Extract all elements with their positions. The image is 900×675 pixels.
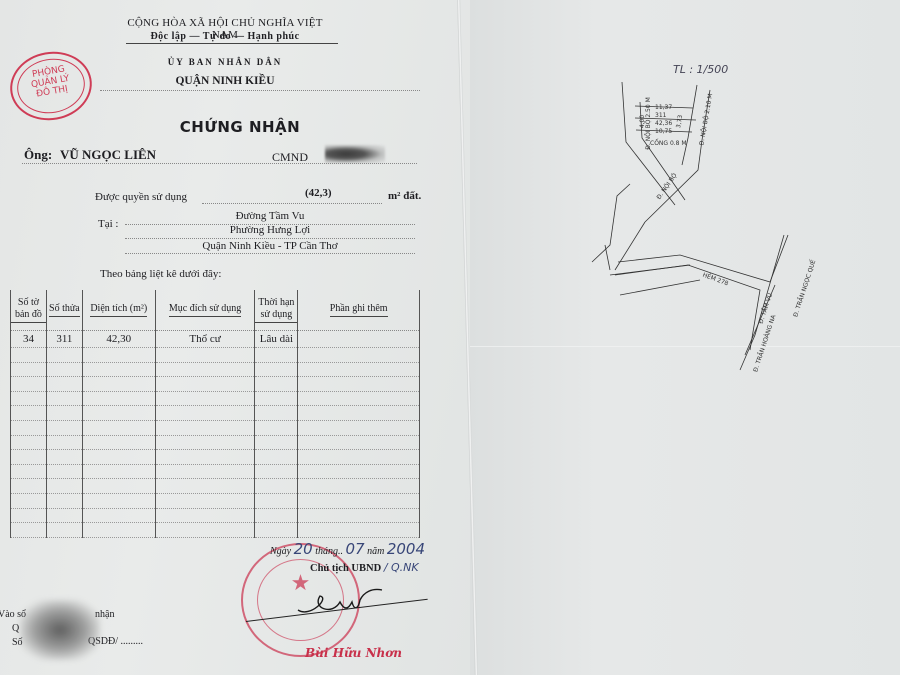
owner-dotted-line — [22, 163, 417, 164]
usage-dotted-line — [202, 203, 382, 204]
issue-date: Ngày 20 tháng.. 07 năm 2004 — [270, 540, 425, 558]
map-plot-number: 311 — [655, 112, 666, 119]
empty-table-row — [11, 493, 420, 508]
usage-right-label: Được quyền sử dụng — [95, 191, 187, 203]
empty-table-row — [11, 391, 420, 406]
header-notes: Phần ghi thêm — [298, 290, 420, 331]
cell-notes — [298, 331, 420, 348]
national-motto: Độc lập — Tự do — Hạnh phúc — [120, 31, 330, 42]
owner-name: VŨ NGỌC LIÊN — [60, 147, 156, 163]
map-label-culvert: CỐNG 0.8 M — [650, 140, 687, 147]
date-prefix: Ngày — [270, 546, 291, 557]
signer-role: Chủ tịch UBND / Q.NK — [310, 561, 419, 574]
date-year-label: năm — [367, 546, 384, 557]
district-dotted-line — [100, 90, 420, 91]
date-year: 2004 — [387, 540, 425, 558]
cadastral-sketch-map — [470, 0, 900, 675]
map-plot-area: 42,36 — [655, 120, 672, 127]
empty-table-row — [11, 362, 420, 377]
address-ward: Phường Hưng Lợi — [125, 224, 415, 236]
empty-table-row — [11, 450, 420, 465]
empty-table-row — [11, 420, 420, 435]
header-term: Thời hạn sử dụng — [255, 290, 298, 331]
cell-purpose: Thổ cư — [155, 331, 255, 348]
header-map-sheet: Số tờ bản đồ — [11, 290, 47, 331]
empty-table-row — [11, 377, 420, 392]
district-name: QUẬN NINH KIỀU — [120, 75, 330, 87]
redacted-registration-info — [20, 600, 100, 660]
address-label: Tại : — [98, 218, 118, 230]
empty-table-row — [11, 435, 420, 450]
date-month: 07 — [345, 540, 364, 558]
empty-table-row — [11, 348, 420, 363]
cell-map-sheet: 34 — [11, 331, 47, 348]
empty-table-row — [11, 479, 420, 494]
cell-area: 42,30 — [82, 331, 155, 348]
registration-line-2: Q — [12, 623, 19, 634]
map-plot-left-edge: 4,00 — [639, 115, 646, 128]
signer-role-handwritten: / Q.NK — [384, 561, 419, 574]
land-parcel-table: Số tờ bản đồ Số thửa Diện tích (m²) Mục … — [10, 290, 420, 538]
owner-label: Ông: — [24, 147, 52, 163]
table-intro: Theo bảng liệt kê dưới đây: — [100, 268, 221, 280]
map-plot-top-edge: 11,37 — [655, 104, 672, 111]
header-purpose: Mục đích sử dụng — [155, 290, 255, 331]
address-dotted-line-3 — [125, 253, 415, 254]
council-name: ỦY BAN NHÂN DÂN — [120, 57, 330, 67]
header-divider — [126, 43, 338, 44]
header-area: Diện tích (m²) — [82, 290, 155, 331]
redacted-id-number — [325, 145, 385, 163]
empty-table-row — [11, 406, 420, 421]
empty-table-row — [11, 464, 420, 479]
header-parcel-number: Số thửa — [46, 290, 82, 331]
address-street: Đường Tầm Vu — [125, 210, 415, 222]
empty-table-row — [11, 523, 420, 538]
date-day: 20 — [294, 540, 313, 558]
signer-name: Bùi Hữu Nhơn — [305, 646, 402, 660]
usage-area-value: (42,3) — [305, 187, 332, 199]
signer-role-text: Chủ tịch UBND — [310, 563, 381, 574]
cell-term: Lâu dài — [255, 331, 298, 348]
handwritten-signature — [290, 588, 400, 624]
empty-table-row — [11, 508, 420, 523]
date-month-label: tháng — [315, 546, 338, 557]
cell-parcel-number: 311 — [46, 331, 82, 348]
certificate-title: CHỨNG NHẬN — [140, 118, 340, 136]
table-row: 34 311 42,30 Thổ cư Lâu dài — [11, 331, 420, 348]
address-district-city: Quận Ninh Kiều - TP Cần Thơ — [125, 240, 415, 252]
address-dotted-line-2 — [125, 238, 415, 239]
table-header-row: Số tờ bản đồ Số thửa Diện tích (m²) Mục … — [11, 290, 420, 331]
usage-area-unit: m² đất. — [388, 190, 421, 202]
map-plot-bottom-edge: 10,75 — [655, 128, 672, 135]
